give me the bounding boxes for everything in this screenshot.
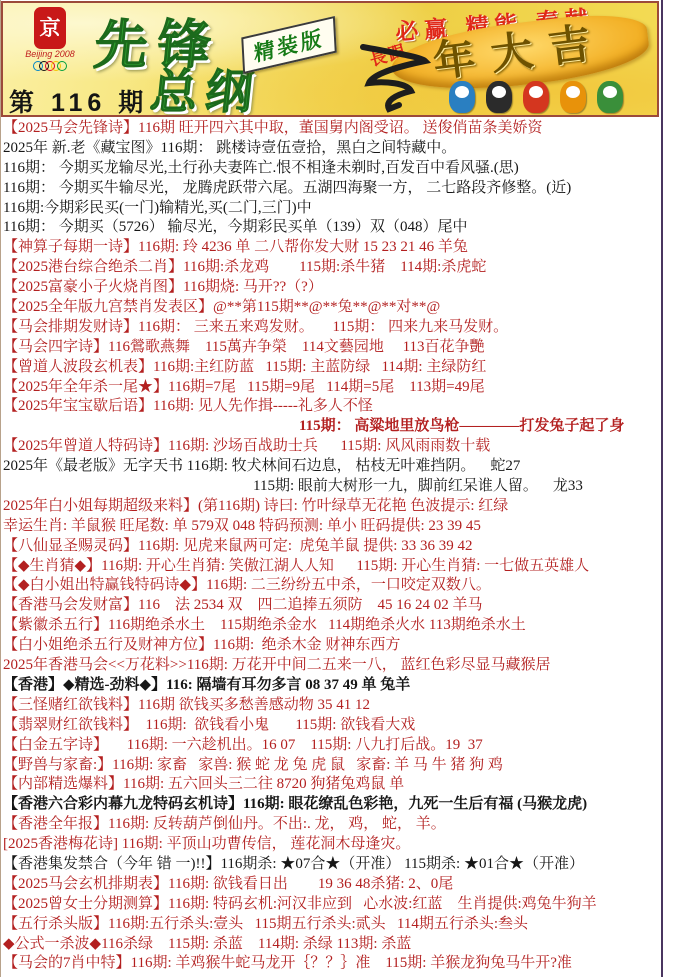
text-line: 【白小姐绝杀五行及财神方位】116期: 绝杀木金 财神东西方	[3, 636, 660, 656]
text-line: 【2025马会先锋诗】116期 旺开四六其中取，董国舅内阁受诏。 送俊俏苗条美娇…	[3, 119, 660, 139]
text-line: 【香港马会发财富】116 法 2534 双 四二追捧五须防 45 16 24 0…	[3, 596, 660, 616]
text-line: 【香港】◆精选-劲料◆】116: 隔墙有耳勿多言 08 37 49 单 兔羊	[3, 676, 660, 696]
beijing-2008-emblem: 京 Beijing 2008	[13, 7, 87, 71]
edition-badge: 精装版	[241, 16, 336, 74]
left-edge-rule	[0, 0, 1, 977]
text-line: 【白金五字诗】 116期: 一六趁机出。16 07 115期: 八九打后战。19…	[3, 736, 660, 756]
text-line: 【2025年全年杀一尾★】116期=7尾 115期=9尾 114期=5尾 113…	[3, 378, 660, 398]
mascot-yingying-icon	[560, 81, 586, 113]
text-line: 【内部精选爆料】116期: 五六回头三二往 8720 狗猪兔鸡鼠 单	[3, 775, 660, 795]
mascot-jingjing-icon	[486, 81, 512, 113]
mascot-face	[492, 86, 506, 98]
text-line: 【2025年曾道人特码诗】116期: 沙场百战助士兵 115期: 风风雨雨数十载	[3, 437, 660, 457]
mascot-beibei-icon	[449, 81, 475, 113]
mascot-face	[455, 86, 469, 98]
text-line: 2025年《最老版》无字天书 116期: 牧犬林间石边息， 枯枝无叶难挡阴。 蛇…	[3, 457, 660, 477]
issue-label: 第 116 期	[9, 83, 148, 117]
text-line: 【2025马会玄机排期表】116期: 欲钱看日出 19 36 48杀猪: 2、0…	[3, 875, 660, 895]
text-line: 【香港集发禁合（今年 错 一)!!】116期杀: ★07合★（开准） 115期杀…	[3, 855, 660, 875]
mascot-face	[529, 86, 543, 98]
text-line: 【三怪赌红欲钱料】116期 欲钱买多愁善感动物 35 41 12	[3, 696, 660, 716]
emblem-caption: Beijing 2008	[13, 49, 87, 60]
olympic-rings	[13, 61, 87, 71]
text-line: 116期:今期彩民买(一门)输精光,买(二门,三门)中	[3, 199, 660, 219]
text-line: 2025年 新.老《藏宝图》116期： 跳楼诗壹伍壹拾，黑白之间特藏中。	[3, 139, 660, 159]
beijing-seal-icon: 京	[34, 7, 66, 49]
text-line: ◆公式一杀波◆116杀绿 115期: 杀蓝 114期: 杀绿 113期: 杀蓝	[3, 935, 660, 955]
text-line: 【马会排期发财诗】116期： 三来五来鸡发财。 115期： 四来九来马发财。	[3, 318, 660, 338]
text-line: 【◆白小姐出特赢钱特码诗◆】116期: 二三纷纷五中杀，一口咬定双数八。	[3, 576, 660, 596]
text-line: 【香港全年报】116期: 反转葫芦倒仙丹。不出:. 龙， 鸡， 蛇， 羊。	[3, 815, 660, 835]
text-line: 【翡翠财红欲钱料】 116期: 欲钱看小鬼 115期: 欲钱看大戏	[3, 716, 660, 736]
olympic-ring-icon	[57, 61, 67, 71]
text-line: 【八仙显圣赐灵码】116期: 见虎来鼠两可定: 虎兔羊鼠 提供: 33 36 3…	[3, 537, 660, 557]
text-line: 【曾道人波段玄机表】116期:主红防蓝 115期: 主蓝防绿 114期: 主绿防…	[3, 358, 660, 378]
text-line: 116期： 今期买牛输尽光， 龙腾虎跃带六尾。五湖四海聚一方， 二七路段齐修整。…	[3, 179, 660, 199]
text-line: 【五行杀头版】116期:五行杀头:壹头 115期五行杀头:贰头 114期五行杀头…	[3, 915, 660, 935]
text-line: 【紫徽杀五行】116期绝杀水土 115期绝杀金水 114期绝杀火水 113期绝杀…	[3, 616, 660, 636]
mascot-face	[603, 86, 617, 98]
text-line: 【◆生肖猜◆】116期: 开心生肖猜: 笑傲江湖人人知 115期: 开心生肖猜:…	[3, 557, 660, 577]
text-line: 幸运生肖: 羊鼠猴 旺尾数: 单 579双 048 特码预测: 单小 旺码提供:…	[3, 517, 660, 537]
right-edge-rule	[661, 0, 663, 977]
calligraphy-stroke-icon	[355, 43, 433, 113]
text-line: 【2025曾女士分期测算】116期: 特码玄机:河汉非应到 心水波:红蓝 生肖提…	[3, 895, 660, 915]
mascot-huanhuan-icon	[523, 81, 549, 113]
mascots	[449, 81, 623, 113]
content-lines: 【2025马会先锋诗】116期 旺开四六其中取，董国舅内阁受诏。 送俊俏苗条美娇…	[3, 119, 660, 974]
text-line: 【马会的7肖中特】116期: 羊鸡猴牛蛇马龙开｛？？｝准 115期: 羊猴龙狗兔…	[3, 954, 660, 974]
text-line: 2025年白小姐每期超级来料】(第116期) 诗曰: 竹叶绿草无花艳 色波提示:…	[3, 497, 660, 517]
text-line: 2025年香港马会<<万花料>>116期: 万花开中间二五来一八， 蓝红色彩尽显…	[3, 656, 660, 676]
text-line: 116期： 今期买龙输尽光,土行孙夫妻阵亡.恨不相逢未剃时,百发百中看风骚.(思…	[3, 159, 660, 179]
text-line: 【2025港台综合绝杀二肖】116期:杀龙鸡 115期:杀牛猪 114期:杀虎蛇	[3, 258, 660, 278]
masthead-banner: 京 Beijing 2008 先锋 总纲 第 116 期 精装版 必赢 精能 奉…	[1, 1, 659, 117]
text-line: [2025香港梅花诗] 116期: 平顶山功曹传信， 莲花洞木母逢灾。	[3, 835, 660, 855]
text-line: 【2025全年版九宫禁肖发表区】@**第115期**@**兔**@**对**@	[3, 298, 660, 318]
text-line: 115期: 眼前大树形一九，脚前红呆谁人留。 龙33	[3, 477, 660, 497]
text-line: 【神算子每期一诗】116期: 玲 4236 单 二八帮你发大财 15 23 21…	[3, 238, 660, 258]
mascot-nini-icon	[597, 81, 623, 113]
text-line: 【野兽与家畜:】116期: 家畜 家兽: 猴 蛇 龙 兔 虎 鼠 家畜: 羊 马…	[3, 756, 660, 776]
text-line: 【香港六合彩内幕九龙特码玄机诗】116期: 眼花缭乱色彩艳，九死一生后有福 (马…	[3, 795, 660, 815]
text-line: 【马会四字诗】116鶯歌燕舞 115萬卉争榮 114文藝园地 113百花争艷	[3, 338, 660, 358]
text-line: 【2025年宝宝歇后语】116期: 见人先作揖-----礼多人不怪	[3, 397, 660, 417]
mascot-face	[566, 86, 580, 98]
text-line: 116期： 今期买（5726） 输尽光，今期彩民买单（139）双（048）尾中	[3, 218, 660, 238]
text-line: 【2025富豪小子火烧肖图】116期烧: 马开??（?）	[3, 278, 660, 298]
text-line: 115期： 高粱地里放鸟枪————打发兔子起了身	[3, 417, 660, 437]
